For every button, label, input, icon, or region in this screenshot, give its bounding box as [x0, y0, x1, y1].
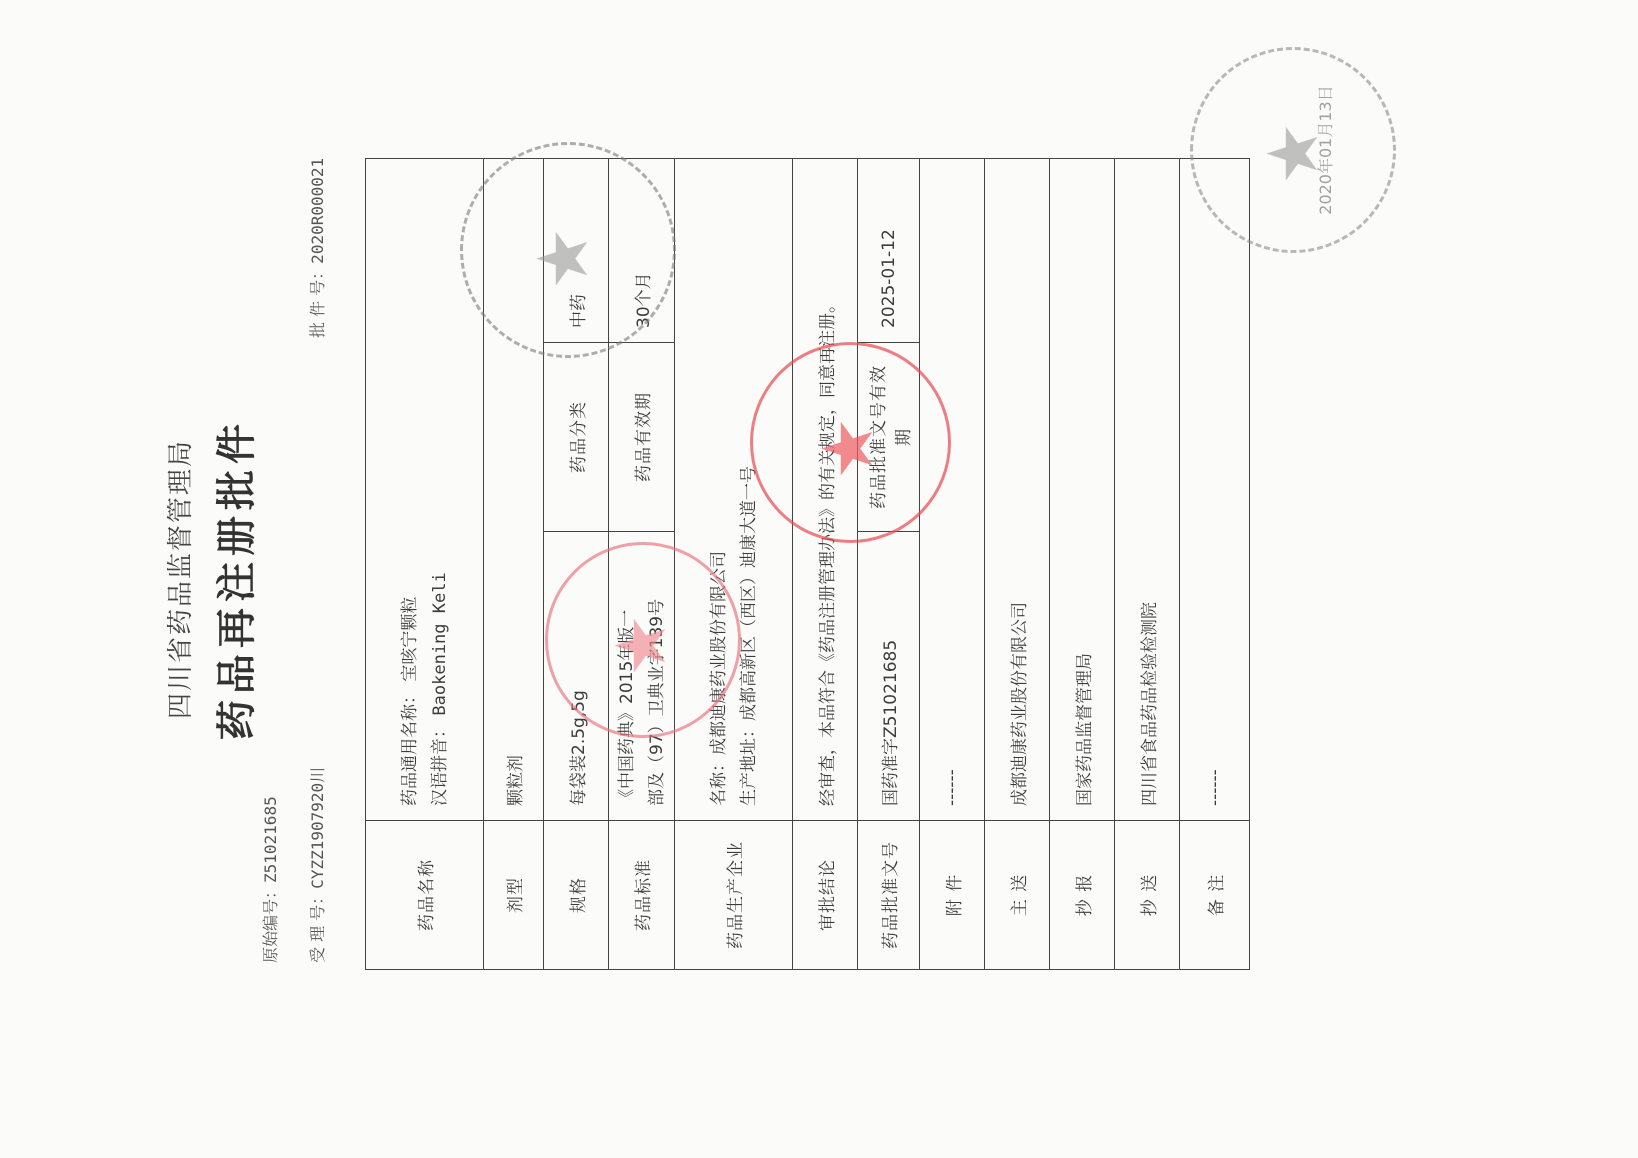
copy-to-value: 四川省食品药品检验检测院	[1115, 159, 1180, 821]
approval-number-value: 国药准字Z51021685	[858, 532, 920, 821]
generic-name: 宝咳宁颗粒	[400, 597, 420, 682]
star-icon: ★	[813, 417, 883, 480]
document-title: 药品再注册批件	[205, 0, 262, 1158]
table-row: 抄 送 四川省食品药品检验检测院	[1115, 159, 1180, 970]
red-seal-stamp: ★	[750, 342, 951, 543]
agency-date-seal-stamp: ★ 2020年01月13日	[1190, 47, 1396, 253]
row-label: 药品名称	[366, 821, 484, 970]
issuing-agency: 四川省药品监督管理局	[160, 0, 197, 1158]
table-row: 药品批准文号 国药准字Z51021685 药品批准文号有效期 2025-01-1…	[858, 159, 920, 970]
report-to-value: 国家药品监督管理局	[1050, 159, 1115, 821]
star-icon: ★	[528, 227, 598, 290]
red-seal-stamp: ★	[545, 542, 741, 738]
table-row: 抄 报 国家药品监督管理局	[1050, 159, 1115, 970]
approval-document-number: 批 件 号：2020R000021	[305, 158, 328, 338]
main-recipient-value: 成都迪康药业股份有限公司	[985, 159, 1050, 821]
star-icon: ★	[606, 614, 676, 677]
table-row: 附 件 ------	[920, 159, 985, 970]
table-row: 备 注 ------	[1180, 159, 1250, 970]
remarks-value: ------	[1180, 159, 1250, 821]
company-seal-stamp: ★	[460, 142, 676, 358]
original-number: 原始编号：Z51021685	[258, 796, 281, 963]
table-row: 审批结论 经审查，本品符合《药品注册管理办法》的有关规定，同意再注册。	[793, 159, 858, 970]
table-row: 主 送 成都迪康药业股份有限公司	[985, 159, 1050, 970]
acceptance-number: 受 理 号：CYZZ1907920川	[305, 767, 328, 963]
seal-date: 2020年01月13日	[1313, 50, 1336, 250]
pinyin-name: Baokening Keli	[430, 572, 450, 715]
document-page: 四川省药品监督管理局 药品再注册批件 原始编号：Z51021685 受 理 号：…	[0, 0, 1638, 1158]
manufacturer-address: 成都高新区（西区）迪康大道一号	[739, 466, 759, 721]
expiry-value: 2025-01-12	[858, 159, 920, 343]
